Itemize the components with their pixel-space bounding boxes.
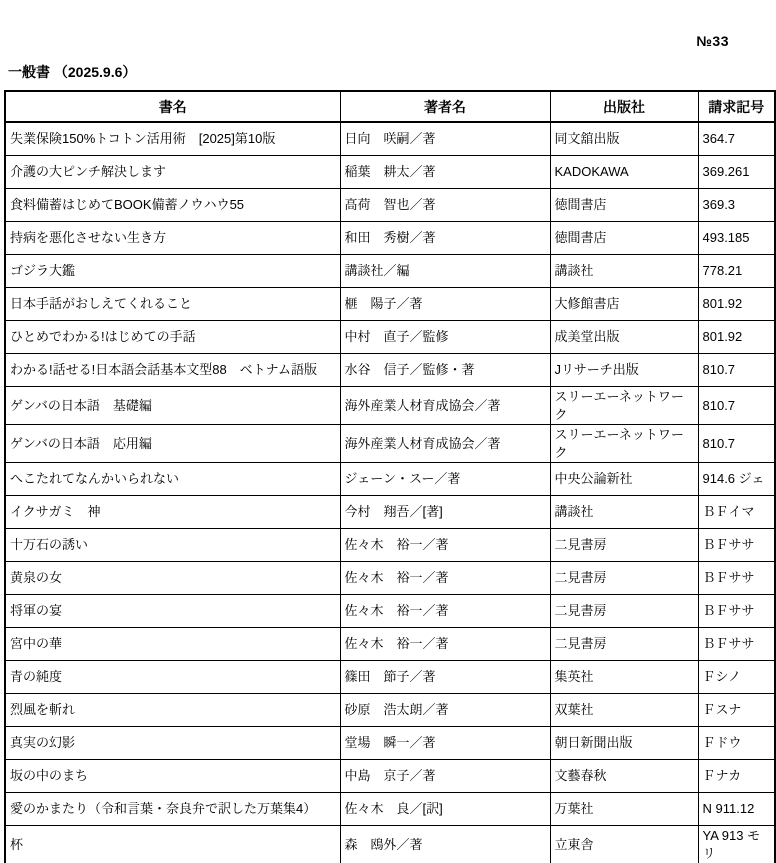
call-number-cell: N 911.12: [698, 793, 775, 826]
table-row: 真実の幻影 堂場 瞬一／著 朝日新聞出版 Ｆドウ: [5, 727, 775, 760]
table-row: 持病を悪化させない生き方 和田 秀樹／著 徳間書店 493.185: [5, 222, 775, 255]
publisher-cell: 徳間書店: [550, 222, 698, 255]
publisher-cell: 集英社: [550, 661, 698, 694]
author-cell: 稲葉 耕太／著: [340, 156, 550, 189]
publisher-cell: 朝日新聞出版: [550, 727, 698, 760]
table-row: ひとめでわかる!はじめての手話 中村 直子／監修 成美堂出版 801.92: [5, 321, 775, 354]
publisher-cell: 中央公論新社: [550, 463, 698, 496]
publisher-cell: 成美堂出版: [550, 321, 698, 354]
table-row: へこたれてなんかいられない ジェーン・スー／著 中央公論新社 914.6 ジェ: [5, 463, 775, 496]
author-cell: 堂場 瞬一／著: [340, 727, 550, 760]
publisher-cell: 二見書房: [550, 529, 698, 562]
publisher-cell: 二見書房: [550, 562, 698, 595]
call-number-cell: ＢＦササ: [698, 628, 775, 661]
table-row: ゲンバの日本語 応用編 海外産業人材育成協会／著 スリーエーネットワーク 810…: [5, 425, 775, 463]
call-number-cell: 369.261: [698, 156, 775, 189]
author-cell: 佐々木 裕一／著: [340, 529, 550, 562]
call-number-cell: 364.7: [698, 122, 775, 156]
call-number-cell: Ｆスナ: [698, 694, 775, 727]
publisher-cell: 徳間書店: [550, 189, 698, 222]
author-cell: 高荷 智也／著: [340, 189, 550, 222]
call-number-cell: ＢＦササ: [698, 562, 775, 595]
call-number-cell: 801.92: [698, 288, 775, 321]
title-cell: 宮中の華: [5, 628, 340, 661]
publisher-cell: 万葉社: [550, 793, 698, 826]
column-header-author: 著者名: [340, 91, 550, 122]
title-cell: ゲンバの日本語 応用編: [5, 425, 340, 463]
call-number-cell: ＢＦササ: [698, 529, 775, 562]
title-cell: 真実の幻影: [5, 727, 340, 760]
publisher-cell: 講談社: [550, 255, 698, 288]
column-header-title: 書名: [5, 91, 340, 122]
title-cell: 失業保険150%トコトン活用術 [2025]第10版: [5, 122, 340, 156]
author-cell: ジェーン・スー／著: [340, 463, 550, 496]
author-cell: 日向 咲嗣／著: [340, 122, 550, 156]
table-row: 日本手話がおしえてくれること 榧 陽子／著 大修館書店 801.92: [5, 288, 775, 321]
publisher-cell: 二見書房: [550, 595, 698, 628]
call-number-cell: 810.7: [698, 425, 775, 463]
author-cell: 今村 翔吾／[著]: [340, 496, 550, 529]
call-number-cell: ＢＦイマ: [698, 496, 775, 529]
author-cell: 榧 陽子／著: [340, 288, 550, 321]
call-number-cell: 493.185: [698, 222, 775, 255]
title-cell: へこたれてなんかいられない: [5, 463, 340, 496]
call-number-cell: Ｆシノ: [698, 661, 775, 694]
table-row: 十万石の誘い 佐々木 裕一／著 二見書房 ＢＦササ: [5, 529, 775, 562]
call-number-cell: ＢＦササ: [698, 595, 775, 628]
title-cell: ゲンバの日本語 基礎編: [5, 387, 340, 425]
author-cell: 佐々木 良／[訳]: [340, 793, 550, 826]
title-cell: 烈風を斬れ: [5, 694, 340, 727]
title-cell: イクサガミ 神: [5, 496, 340, 529]
call-number-cell: YA 913 モリ: [698, 826, 775, 863]
book-list-table: 書名 著者名 出版社 請求記号 失業保険150%トコトン活用術 [2025]第1…: [4, 90, 776, 863]
header-row: 書名 著者名 出版社 請求記号: [5, 91, 775, 122]
table-row: 杯 森 鴎外／著 立東舎 YA 913 モリ: [5, 826, 775, 863]
title-cell: 日本手話がおしえてくれること: [5, 288, 340, 321]
table-row: わかる!話せる!日本語会話基本文型88 ベトナム語版 水谷 信子／監修・著 Jリ…: [5, 354, 775, 387]
publisher-cell: スリーエーネットワーク: [550, 425, 698, 463]
title-cell: 黄泉の女: [5, 562, 340, 595]
column-header-call-number: 請求記号: [698, 91, 775, 122]
table-row: ゲンバの日本語 基礎編 海外産業人材育成協会／著 スリーエーネットワーク 810…: [5, 387, 775, 425]
title-cell: 坂の中のまち: [5, 760, 340, 793]
call-number-cell: 778.21: [698, 255, 775, 288]
author-cell: 中村 直子／監修: [340, 321, 550, 354]
author-cell: 中島 京子／著: [340, 760, 550, 793]
title-cell: 杯: [5, 826, 340, 863]
call-number-cell: 810.7: [698, 387, 775, 425]
author-cell: 水谷 信子／監修・著: [340, 354, 550, 387]
table-row: 青の純度 篠田 節子／著 集英社 Ｆシノ: [5, 661, 775, 694]
title-cell: ゴジラ大鑑: [5, 255, 340, 288]
publisher-cell: 文藝春秋: [550, 760, 698, 793]
call-number-cell: Ｆナカ: [698, 760, 775, 793]
publisher-cell: 双葉社: [550, 694, 698, 727]
author-cell: 砂原 浩太朗／著: [340, 694, 550, 727]
table-row: 介護の大ピンチ解決します 稲葉 耕太／著 KADOKAWA 369.261: [5, 156, 775, 189]
author-cell: 森 鴎外／著: [340, 826, 550, 863]
author-cell: 佐々木 裕一／著: [340, 628, 550, 661]
title-cell: 青の純度: [5, 661, 340, 694]
table-body: 失業保険150%トコトン活用術 [2025]第10版 日向 咲嗣／著 同文舘出版…: [5, 122, 775, 863]
call-number-cell: 810.7: [698, 354, 775, 387]
title-cell: 持病を悪化させない生き方: [5, 222, 340, 255]
table-row: 愛のかまたり（令和言葉・奈良弁で訳した万葉集4） 佐々木 良／[訳] 万葉社 N…: [5, 793, 775, 826]
title-cell: ひとめでわかる!はじめての手話: [5, 321, 340, 354]
title-cell: 愛のかまたり（令和言葉・奈良弁で訳した万葉集4）: [5, 793, 340, 826]
author-cell: 篠田 節子／著: [340, 661, 550, 694]
publisher-cell: 講談社: [550, 496, 698, 529]
table-header: 書名 著者名 出版社 請求記号: [5, 91, 775, 122]
author-cell: 佐々木 裕一／著: [340, 595, 550, 628]
table-row: ゴジラ大鑑 講談社／編 講談社 778.21: [5, 255, 775, 288]
call-number-cell: Ｆドウ: [698, 727, 775, 760]
title-cell: 十万石の誘い: [5, 529, 340, 562]
call-number-cell: 914.6 ジェ: [698, 463, 775, 496]
title-cell: 食料備蓄はじめてBOOK備蓄ノウハウ55: [5, 189, 340, 222]
page-title: 一般書 （2025.9.6）: [8, 62, 136, 82]
author-cell: 講談社／編: [340, 255, 550, 288]
table-row: 烈風を斬れ 砂原 浩太朗／著 双葉社 Ｆスナ: [5, 694, 775, 727]
publisher-cell: スリーエーネットワーク: [550, 387, 698, 425]
table-row: イクサガミ 神 今村 翔吾／[著] 講談社 ＢＦイマ: [5, 496, 775, 529]
table-row: 宮中の華 佐々木 裕一／著 二見書房 ＢＦササ: [5, 628, 775, 661]
publisher-cell: Jリサーチ出版: [550, 354, 698, 387]
table-row: 坂の中のまち 中島 京子／著 文藝春秋 Ｆナカ: [5, 760, 775, 793]
title-cell: 将軍の宴: [5, 595, 340, 628]
author-cell: 和田 秀樹／著: [340, 222, 550, 255]
call-number-cell: 801.92: [698, 321, 775, 354]
author-cell: 海外産業人材育成協会／著: [340, 387, 550, 425]
table-row: 将軍の宴 佐々木 裕一／著 二見書房 ＢＦササ: [5, 595, 775, 628]
publisher-cell: 二見書房: [550, 628, 698, 661]
publisher-cell: KADOKAWA: [550, 156, 698, 189]
publisher-cell: 同文舘出版: [550, 122, 698, 156]
author-cell: 海外産業人材育成協会／著: [340, 425, 550, 463]
publisher-cell: 大修館書店: [550, 288, 698, 321]
author-cell: 佐々木 裕一／著: [340, 562, 550, 595]
table-row: 失業保険150%トコトン活用術 [2025]第10版 日向 咲嗣／著 同文舘出版…: [5, 122, 775, 156]
title-cell: 介護の大ピンチ解決します: [5, 156, 340, 189]
call-number-cell: 369.3: [698, 189, 775, 222]
table-row: 黄泉の女 佐々木 裕一／著 二見書房 ＢＦササ: [5, 562, 775, 595]
sheet-number: №33: [696, 33, 729, 49]
title-cell: わかる!話せる!日本語会話基本文型88 ベトナム語版: [5, 354, 340, 387]
column-header-publisher: 出版社: [550, 91, 698, 122]
table-row: 食料備蓄はじめてBOOK備蓄ノウハウ55 高荷 智也／著 徳間書店 369.3: [5, 189, 775, 222]
publisher-cell: 立東舎: [550, 826, 698, 863]
document-page: { "page": { "sheet_number": "№33", "titl…: [0, 0, 776, 863]
